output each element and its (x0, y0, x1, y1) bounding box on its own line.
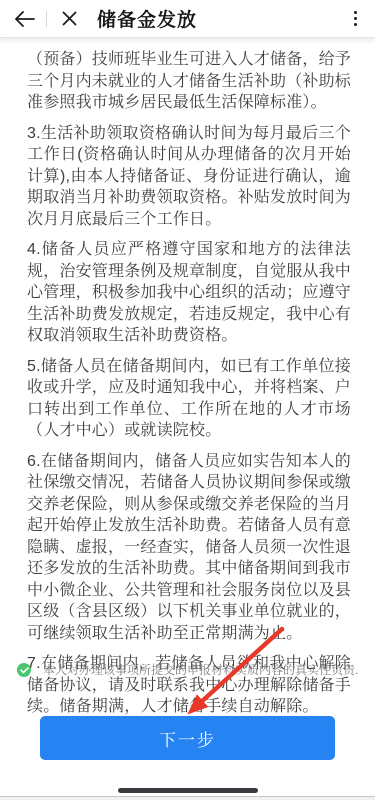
agreement-row[interactable]: 本人对办理该事项所提交的申报材料实质内容的真实性负责. (17, 662, 365, 678)
checkbox-checked-icon[interactable] (17, 663, 31, 677)
home-indicator (118, 788, 258, 793)
next-step-button[interactable]: 下一步 (40, 716, 335, 760)
agreement-text: 本人对办理该事项所提交的申报材料实质内容的真实性负责. (43, 662, 358, 678)
bottom-edge-divider (0, 796, 375, 800)
document-paragraph: （预备）技师班毕业生可进入人才储备，给予三个月内未就业的人才储备生活补助（补助标… (27, 49, 351, 114)
document-body: （预备）技师班毕业生可进入人才储备，给予三个月内未就业的人才储备生活补助（补助标… (0, 38, 375, 718)
document-paragraph: 6.在储备期间内，储备人员应如实告知本人的社保缴交情况，若储备人员协议期间参保或… (27, 451, 351, 645)
close-button[interactable] (56, 4, 82, 34)
app-screen: 储备金发放 （预备）技师班毕业生可进入人才储备，给予三个月内未就业的人才储备生活… (0, 0, 375, 800)
app-header: 储备金发放 (0, 0, 375, 38)
document-paragraph: 4.储备人员应严格遵守国家和地方的法律法规，治安管理条例及规章制度，自觉服从我中… (27, 239, 351, 347)
document-paragraph: 3.生活补助领取资格确认时间为每月最后三个工作日(资格确认时间从办理储备的次月开… (27, 123, 351, 231)
menu-button[interactable] (348, 7, 364, 31)
kebab-menu-icon (354, 11, 358, 27)
page-title: 储备金发放 (97, 5, 197, 32)
close-icon (62, 11, 77, 26)
back-arrow-icon (14, 11, 35, 27)
back-button[interactable] (10, 4, 38, 34)
header-divider (46, 11, 47, 27)
document-paragraph: 5.储备人员在储备期间内，如已有工作单位接收或升学，应及时通知我中心，并将档案、… (27, 356, 351, 442)
